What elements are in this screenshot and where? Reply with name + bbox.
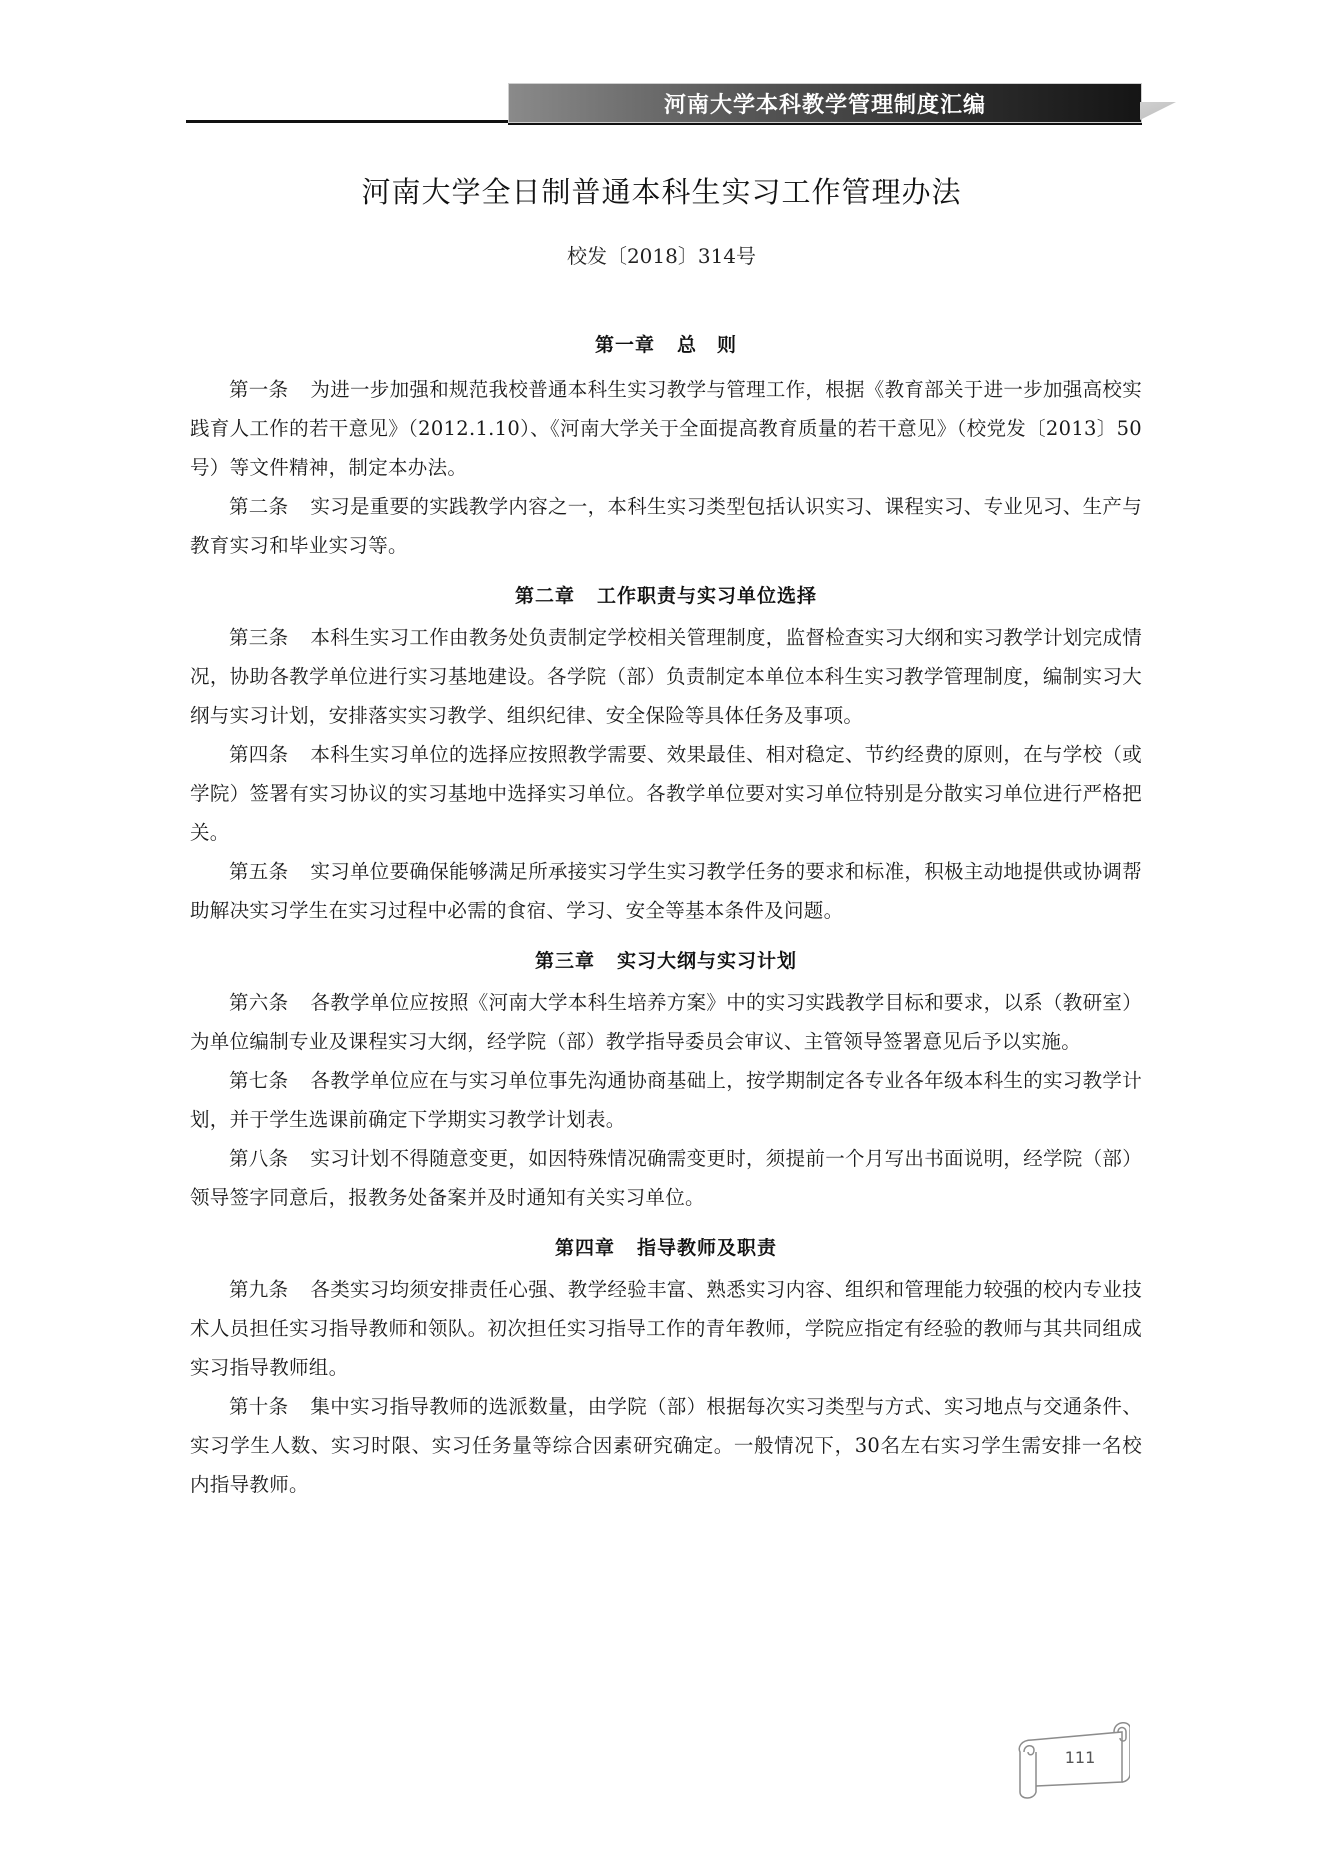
article-text: 实习单位要确保能够满足所承接实习学生实习教学任务的要求和标准，积极主动地提供或协… [190, 860, 1142, 922]
header-fold-decoration [1140, 102, 1176, 120]
article-text: 本科生实习工作由教务处负责制定学校相关管理制度，监督检查实习大纲和实习教学计划完… [190, 626, 1142, 727]
chapter-title: 总 则 [677, 334, 737, 356]
article-5: 第五条实习单位要确保能够满足所承接实习学生实习教学任务的要求和标准，积极主动地提… [190, 852, 1142, 930]
article-4: 第四条本科生实习单位的选择应按照教学需要、效果最佳、相对稳定、节约经费的原则，在… [190, 735, 1142, 852]
article-label: 第八条 [229, 1147, 288, 1170]
article-label: 第四条 [229, 743, 288, 766]
chapter-label: 第一章 [595, 334, 655, 356]
article-text: 实习计划不得随意变更，如因特殊情况确需变更时，须提前一个月写出书面说明，经学院（… [190, 1147, 1142, 1209]
article-6: 第六条各教学单位应按照《河南大学本科生培养方案》中的实习实践教学目标和要求，以系… [190, 983, 1142, 1061]
header-rule [186, 120, 514, 123]
chapter-heading-1: 第一章总 则 [190, 330, 1142, 370]
article-2: 第二条实习是重要的实践教学内容之一，本科生实习类型包括认识实习、课程实习、专业见… [190, 487, 1142, 565]
article-9: 第九条各类实习均须安排责任心强、教学经验丰富、熟悉实习内容、组织和管理能力较强的… [190, 1270, 1142, 1387]
article-label: 第九条 [229, 1278, 288, 1301]
chapter-heading-3: 第三章实习大纲与实习计划 [190, 946, 1142, 973]
article-text: 实习是重要的实践教学内容之一，本科生实习类型包括认识实习、课程实习、专业见习、生… [190, 495, 1142, 557]
document-title: 河南大学全日制普通本科生实习工作管理办法 [0, 170, 1323, 211]
article-text: 本科生实习单位的选择应按照教学需要、效果最佳、相对稳定、节约经费的原则，在与学校… [190, 743, 1142, 844]
chapter-label: 第四章 [555, 1237, 615, 1259]
chapter-label: 第三章 [535, 950, 595, 972]
article-label: 第三条 [229, 626, 288, 649]
article-text: 各类实习均须安排责任心强、教学经验丰富、熟悉实习内容、组织和管理能力较强的校内专… [190, 1278, 1142, 1379]
header-banner-title: 河南大学本科教学管理制度汇编 [664, 88, 986, 119]
chapter-heading-4: 第四章指导教师及职责 [190, 1233, 1142, 1260]
article-10: 第十条集中实习指导教师的选派数量，由学院（部）根据每次实习类型与方式、实习地点与… [190, 1387, 1142, 1504]
page-number: 111 [1050, 1748, 1110, 1767]
article-text: 各教学单位应按照《河南大学本科生培养方案》中的实习实践教学目标和要求，以系（教研… [190, 991, 1142, 1053]
chapter-label: 第二章 [515, 585, 575, 607]
article-label: 第二条 [229, 495, 288, 518]
article-label: 第七条 [229, 1069, 288, 1092]
article-label: 第五条 [229, 860, 288, 883]
article-8: 第八条实习计划不得随意变更，如因特殊情况确需变更时，须提前一个月写出书面说明，经… [190, 1139, 1142, 1217]
chapter-title: 工作职责与实习单位选择 [597, 585, 817, 607]
chapter-title: 指导教师及职责 [637, 1237, 777, 1259]
article-label: 第十条 [229, 1395, 288, 1418]
article-label: 第一条 [229, 378, 288, 401]
chapter-heading-2: 第二章工作职责与实习单位选择 [190, 581, 1142, 608]
article-3: 第三条本科生实习工作由教务处负责制定学校相关管理制度，监督检查实习大纲和实习教学… [190, 618, 1142, 735]
chapter-title: 实习大纲与实习计划 [617, 950, 797, 972]
header-banner: 河南大学本科教学管理制度汇编 [508, 83, 1142, 123]
article-text: 各教学单位应在与实习单位事先沟通协商基础上，按学期制定各专业各年级本科生的实习教… [190, 1069, 1142, 1131]
article-text: 集中实习指导教师的选派数量，由学院（部）根据每次实习类型与方式、实习地点与交通条… [190, 1395, 1142, 1496]
article-7: 第七条各教学单位应在与实习单位事先沟通协商基础上，按学期制定各专业各年级本科生的… [190, 1061, 1142, 1139]
document-body: 第一章总 则 第一条为进一步加强和规范我校普通本科生实习教学与管理工作，根据《教… [190, 330, 1142, 1504]
article-text: 为进一步加强和规范我校普通本科生实习教学与管理工作，根据《教育部关于进一步加强高… [190, 378, 1142, 479]
document-number: 校发〔2018〕314号 [0, 240, 1323, 269]
article-1: 第一条为进一步加强和规范我校普通本科生实习教学与管理工作，根据《教育部关于进一步… [190, 370, 1142, 487]
article-label: 第六条 [229, 991, 288, 1014]
